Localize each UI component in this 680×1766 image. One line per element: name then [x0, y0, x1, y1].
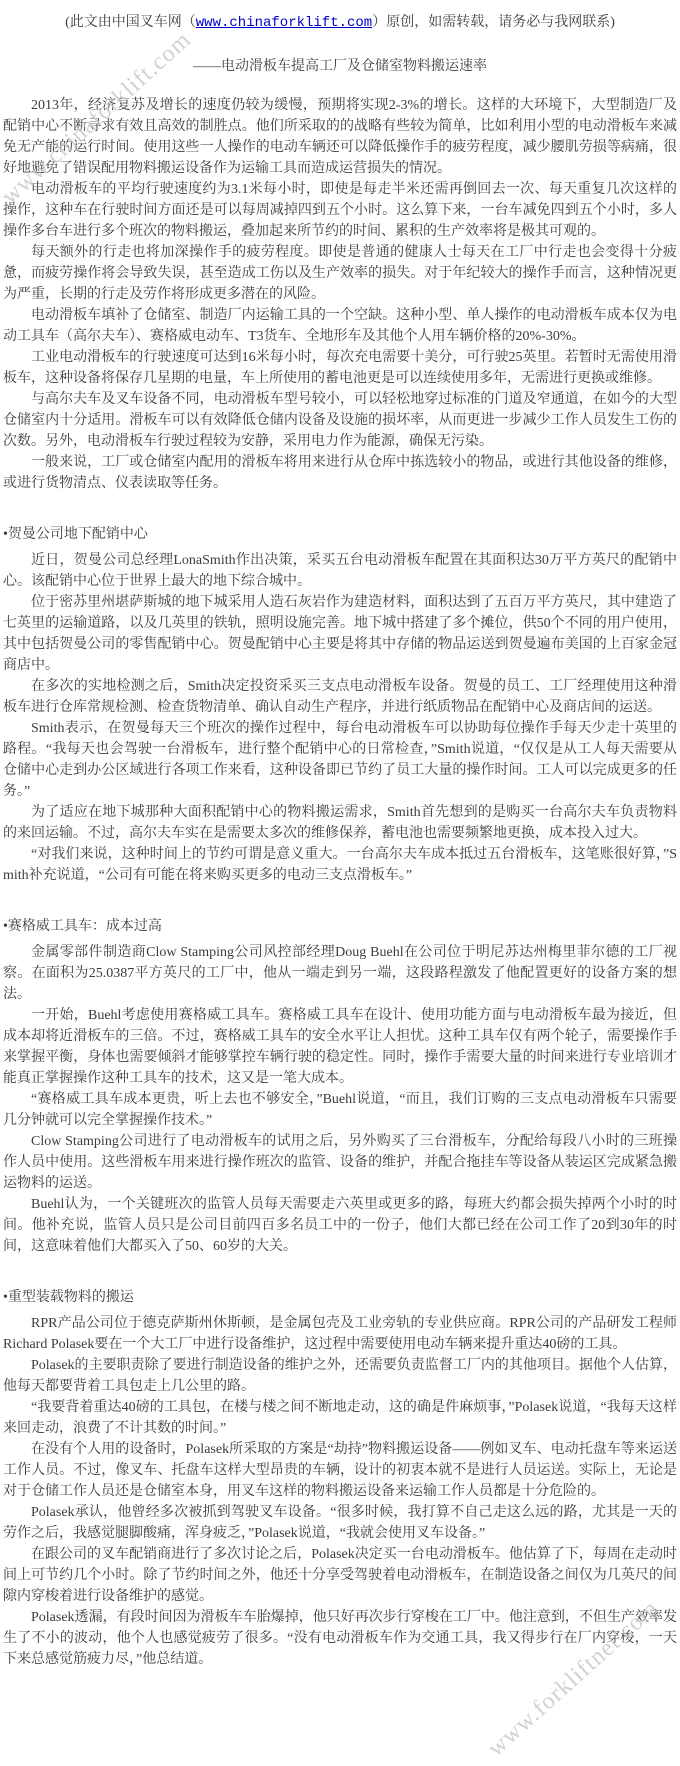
paragraph: 一般来说，工厂或仓储室内配用的滑板车将用来进行从仓库中拣选较小的物品，或进行其他…: [3, 452, 677, 494]
sections: 2013年，经济复苏及增长的速度仍较为缓慢，预期将实现2-3%的增长。这样的大环…: [3, 95, 677, 1670]
paragraph: 电动滑板车的平均行驶速度约为3.1米每小时，即使是每走半米还需再倒回去一次、每天…: [3, 179, 677, 242]
paragraph: Polasek承认，他曾经多次被抓到驾驶叉车设备。“很多时候，我打算不自己走这么…: [3, 1502, 677, 1544]
paragraph: Smith表示，在贺曼每天三个班次的操作过程中，每台电动滑板车可以协助每位操作手…: [3, 718, 677, 802]
paragraph: Buehl认为，一个关键班次的监管人员每天需要走六英里或更多的路，每班大约都会损…: [3, 1194, 677, 1257]
copyright-note-suffix: ）原创，如需转载，请务必与我网联系): [372, 15, 615, 30]
paragraph: Polasek透漏，有段时间因为滑板车车胎爆掉，他只好再次步行穿梭在工厂中。他注…: [3, 1607, 677, 1670]
paragraph: 电动滑板车填补了仓储室、制造厂内运输工具的一个空缺。这种小型、单人操作的电动滑板…: [3, 305, 677, 347]
section-heading: •贺曼公司地下配销中心: [3, 524, 677, 545]
paragraph: Clow Stamping公司进行了电动滑板车的试用之后，另外购买了三台滑板车，…: [3, 1131, 677, 1194]
copyright-note-prefix: (此文由中国叉车网（: [65, 15, 196, 30]
paragraph: 为了适应在地下城那种大面积配销中心的物料搬运需求，Smith首先想到的是购买一台…: [3, 802, 677, 844]
section-heading: •重型装载物料的搬运: [3, 1287, 677, 1308]
copyright-note: (此文由中国叉车网（www.chinaforklift.com）原创，如需转载，…: [3, 12, 677, 34]
site-link[interactable]: www.chinaforklift.com: [196, 15, 372, 31]
paragraph: 位于密苏里州堪萨斯城的地下城采用人造石灰岩作为建造材料，面积达到了五百万平方英尺…: [3, 592, 677, 676]
paragraph: “对我们来说，这种时间上的节约可谓是意义重大。一台高尔夫车成本抵过五台滑板车，这…: [3, 844, 677, 886]
paragraph: 一开始，Buehl考虑使用赛格威工具车。赛格威工具车在设计、使用功能方面与电动滑…: [3, 1005, 677, 1089]
paragraph: 在没有个人用的设备时，Polasek所采取的方案是“劫持”物料搬运设备——例如叉…: [3, 1439, 677, 1502]
paragraph: 金属零部件制造商Clow Stamping公司风控部经理Doug Buehl在公…: [3, 942, 677, 1005]
section-heading: •赛格威工具车：成本过高: [3, 916, 677, 937]
paragraph: 工业电动滑板车的行驶速度可达到16米每小时，每次充电需要十美分，可行驶25英里。…: [3, 347, 677, 389]
paragraph: 近日，贺曼公司总经理LonaSmith作出决策，采买五台电动滑板车配置在其面积达…: [3, 550, 677, 592]
paragraph: Polasek的主要职责除了要进行制造设备的维护之外，还需要负责监督工厂内的其他…: [3, 1355, 677, 1397]
paragraph: 在跟公司的叉车配销商进行了多次讨论之后，Polasek决定买一台电动滑板车。他估…: [3, 1544, 677, 1607]
article: www.chinaforklift.com (此文由中国叉车网（www.chin…: [0, 0, 680, 1766]
paragraph: RPR产品公司位于德克萨斯州休斯顿，是金属包壳及工业旁轨的专业供应商。RPR公司…: [3, 1313, 677, 1355]
paragraph: 每天额外的行走也将加深操作手的疲劳程度。即使是普通的健康人士每天在工厂中行走也会…: [3, 242, 677, 305]
page-title: ——电动滑板车提高工厂及仓储室物料搬运速率: [3, 56, 677, 77]
paragraph: 与高尔夫车及叉车设备不同，电动滑板车型号较小，可以轻松地穿过标准的门道及窄通道，…: [3, 389, 677, 452]
paragraph: 2013年，经济复苏及增长的速度仍较为缓慢，预期将实现2-3%的增长。这样的大环…: [3, 95, 677, 179]
paragraph: 在多次的实地检测之后，Smith决定投资采买三支点电动滑板车设备。贺曼的员工、工…: [3, 676, 677, 718]
paragraph: “我要背着重达40磅的工具包，在楼与楼之间不断地走动，这的确是件麻烦事，”Pol…: [3, 1397, 677, 1439]
paragraph: “赛格威工具车成本更贵，听上去也不够安全，”Buehl说道，“而且，我们订购的三…: [3, 1089, 677, 1131]
